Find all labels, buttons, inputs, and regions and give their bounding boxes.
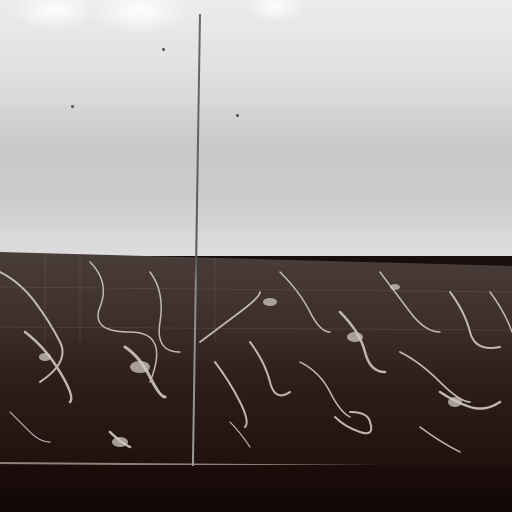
marble-veins xyxy=(0,252,512,468)
dark-marble-tiles xyxy=(0,252,512,468)
dark-lower-band xyxy=(0,465,512,512)
light-tile-wall xyxy=(0,0,512,256)
speck xyxy=(236,114,239,117)
wall-photo xyxy=(0,0,512,512)
shadow-haze xyxy=(0,100,512,230)
speck xyxy=(71,105,74,108)
speck xyxy=(162,48,165,51)
